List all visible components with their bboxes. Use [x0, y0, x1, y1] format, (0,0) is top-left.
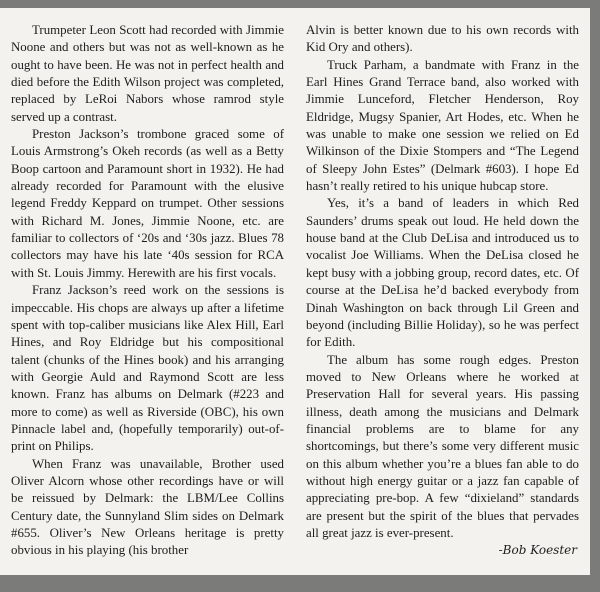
liner-notes-page: Trumpeter Leon Scott had recorded with J… [0, 8, 590, 575]
paragraph-album-summary: The album has some rough edges. Preston … [306, 352, 579, 543]
paragraph-truck-parham: Truck Parham, a bandmate with Franz in t… [306, 57, 579, 196]
paragraph-franz-jackson: Franz Jackson’s reed work on the session… [11, 282, 284, 455]
paragraph-leon-scott: Trumpeter Leon Scott had recorded with J… [11, 22, 284, 126]
paragraph-oliver-alcorn: When Franz was unavailable, Brother used… [11, 456, 284, 560]
author-signature: -Bob Koester [306, 542, 579, 559]
paragraph-continuation: Alvin is better known due to his own rec… [306, 22, 579, 57]
paragraph-red-saunders: Yes, it’s a band of leaders in which Red… [306, 195, 579, 351]
right-column: Alvin is better known due to his own rec… [306, 22, 579, 560]
paragraph-preston-jackson: Preston Jackson’s trombone graced some o… [11, 126, 284, 282]
left-column: Trumpeter Leon Scott had recorded with J… [11, 22, 284, 560]
